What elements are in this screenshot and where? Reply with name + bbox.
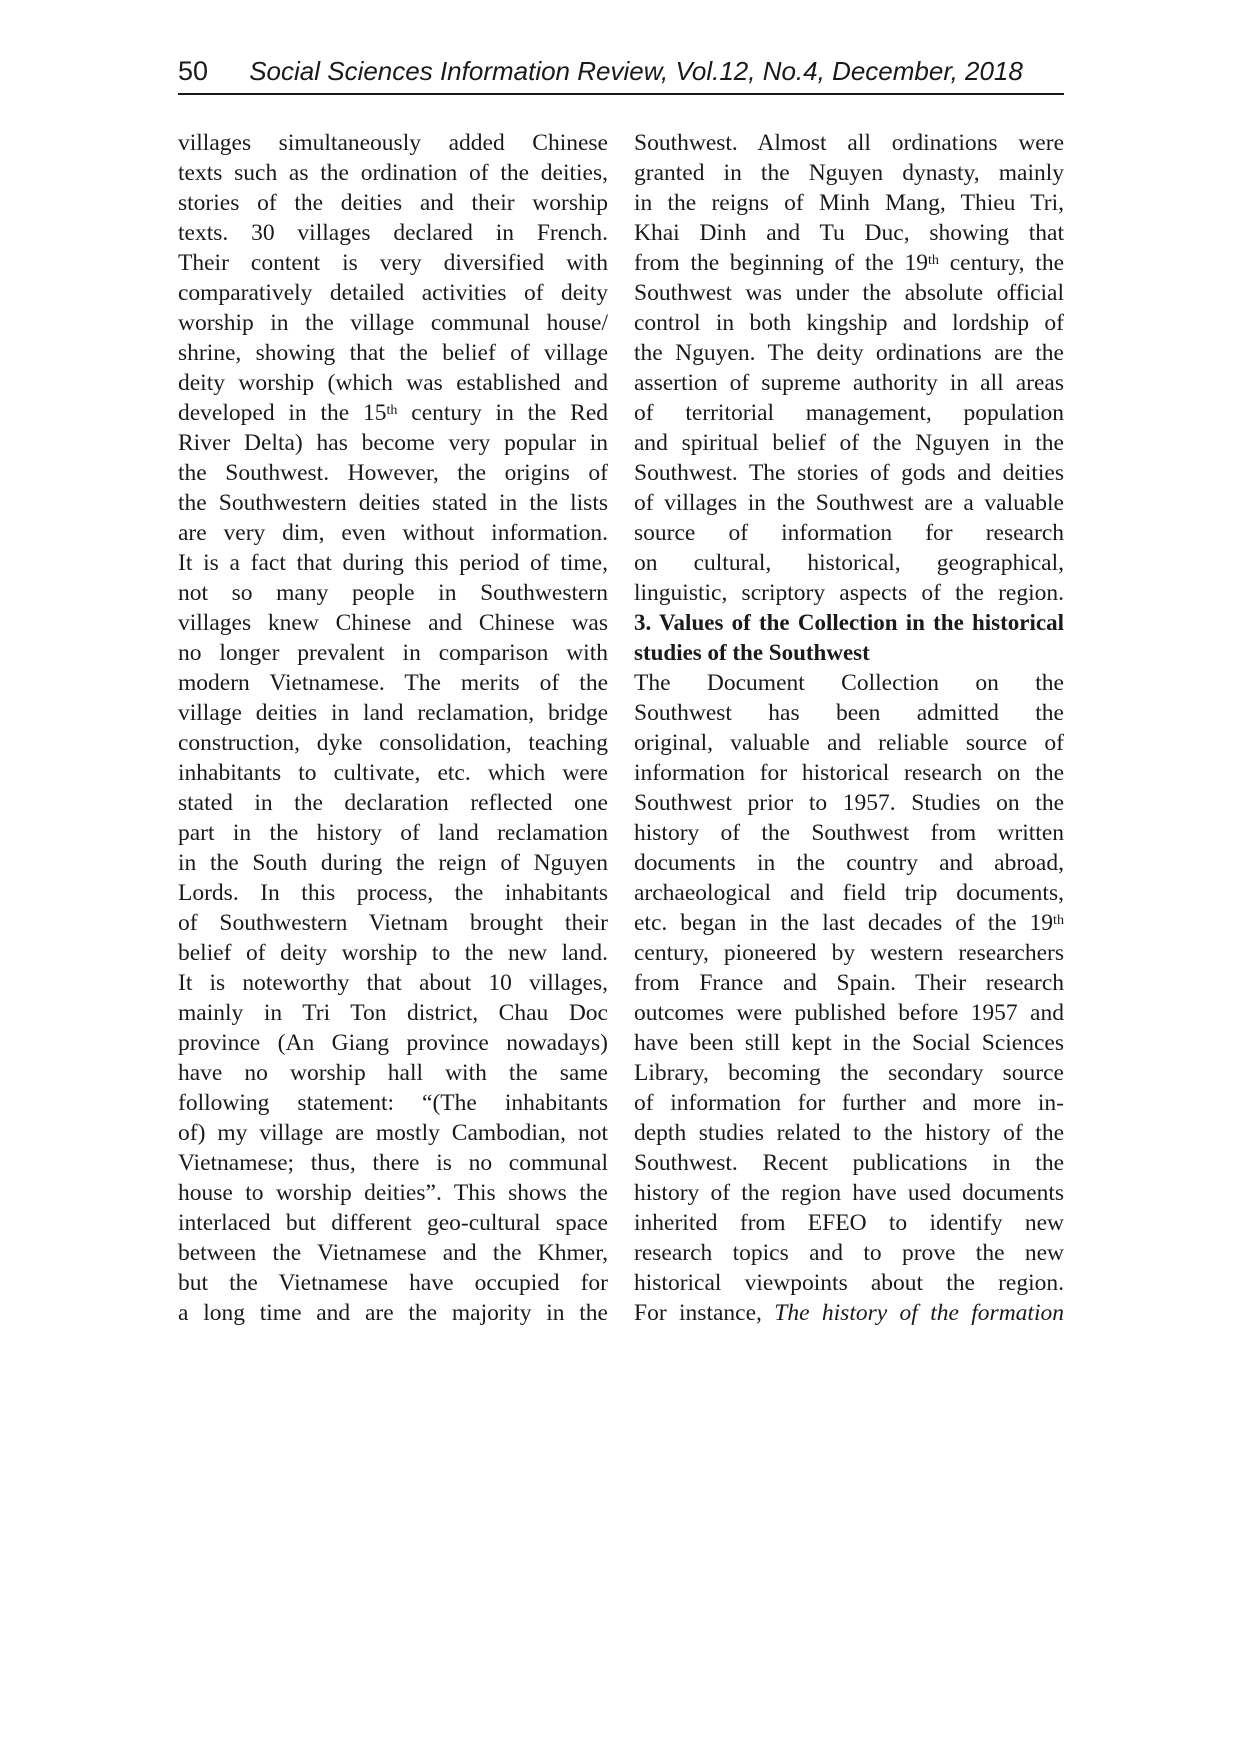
text-line: Southwest prior to 1957. Studies on the bbox=[634, 788, 1064, 818]
section-heading-line: 3. Values of the Collection in the histo… bbox=[634, 608, 1064, 638]
text-line: modern Vietnamese. The merits of the bbox=[178, 668, 608, 698]
text-line: Southwest. Almost all ordinations were bbox=[634, 128, 1064, 158]
text-line: villages simultaneously added Chinese bbox=[178, 128, 608, 158]
text-line: Southwest. The stories of gods and deiti… bbox=[634, 458, 1064, 488]
journal-page: 50 Social Sciences Information Review, V… bbox=[0, 0, 1240, 1754]
text-line: It is noteworthy that about 10 villages, bbox=[178, 968, 608, 998]
text-line: belief of deity worship to the new land. bbox=[178, 938, 608, 968]
text-line: Library, becoming the secondary source bbox=[634, 1058, 1064, 1088]
text-line: source of information for research bbox=[634, 518, 1064, 548]
text-line: worship in the village communal house/ bbox=[178, 308, 608, 338]
text-line: Khai Dinh and Tu Duc, showing that bbox=[634, 218, 1064, 248]
text-line: River Delta) has become very popular in bbox=[178, 428, 608, 458]
text-line: etc. began in the last decades of the 19… bbox=[634, 908, 1064, 938]
text-line: outcomes were published before 1957 and bbox=[634, 998, 1064, 1028]
text-line: For instance, The history of the formati… bbox=[634, 1298, 1064, 1328]
text-line: a long time and are the majority in the bbox=[178, 1298, 608, 1328]
text-line: of Southwestern Vietnam brought their bbox=[178, 908, 608, 938]
text-line: Their content is very diversified with bbox=[178, 248, 608, 278]
journal-title: Social Sciences Information Review, Vol.… bbox=[208, 56, 1064, 86]
text-line: information for historical research on t… bbox=[634, 758, 1064, 788]
page-number: 50 bbox=[178, 56, 208, 86]
text-line: from the beginning of the 19th century, … bbox=[634, 248, 1064, 278]
text-line: linguistic, scriptory aspects of the reg… bbox=[634, 578, 1064, 608]
text-line: century, pioneered by western researcher… bbox=[634, 938, 1064, 968]
text-line: original, valuable and reliable source o… bbox=[634, 728, 1064, 758]
text-line: Southwest was under the absolute officia… bbox=[634, 278, 1064, 308]
text-line: It is a fact that during this period of … bbox=[178, 548, 608, 578]
text-line: in the reigns of Minh Mang, Thieu Tri, bbox=[634, 188, 1064, 218]
text-line: granted in the Nguyen dynasty, mainly bbox=[634, 158, 1064, 188]
text-line: comparatively detailed activities of dei… bbox=[178, 278, 608, 308]
text-line: of territorial management, population bbox=[634, 398, 1064, 428]
text-line: stated in the declaration reflected one bbox=[178, 788, 608, 818]
text-line: The Document Collection on the bbox=[634, 668, 1064, 698]
text-line: between the Vietnamese and the Khmer, bbox=[178, 1238, 608, 1268]
text-line: history of the region have used document… bbox=[634, 1178, 1064, 1208]
text-line: part in the history of land reclamation bbox=[178, 818, 608, 848]
text-line: have no worship hall with the same bbox=[178, 1058, 608, 1088]
section-heading-line: studies of the Southwest bbox=[634, 638, 1064, 668]
text-line: Lords. In this process, the inhabitants bbox=[178, 878, 608, 908]
text-line: stories of the deities and their worship bbox=[178, 188, 608, 218]
text-line: no longer prevalent in comparison with bbox=[178, 638, 608, 668]
text-line: documents in the country and abroad, bbox=[634, 848, 1064, 878]
text-line: of information for further and more in- bbox=[634, 1088, 1064, 1118]
text-line: from France and Spain. Their research bbox=[634, 968, 1064, 998]
text-line: following statement: “(The inhabitants bbox=[178, 1088, 608, 1118]
text-line: of villages in the Southwest are a valua… bbox=[634, 488, 1064, 518]
column-left: villages simultaneously added Chinesetex… bbox=[178, 128, 608, 1328]
text-line: have been still kept in the Social Scien… bbox=[634, 1028, 1064, 1058]
text-line: depth studies related to the history of … bbox=[634, 1118, 1064, 1148]
text-line: of) my village are mostly Cambodian, not bbox=[178, 1118, 608, 1148]
text-line: Southwest has been admitted the bbox=[634, 698, 1064, 728]
text-line: and spiritual belief of the Nguyen in th… bbox=[634, 428, 1064, 458]
text-line: historical viewpoints about the region. bbox=[634, 1268, 1064, 1298]
text-line: the Southwestern deities stated in the l… bbox=[178, 488, 608, 518]
text-line: assertion of supreme authority in all ar… bbox=[634, 368, 1064, 398]
text-line: deity worship (which was established and bbox=[178, 368, 608, 398]
text-line: but the Vietnamese have occupied for bbox=[178, 1268, 608, 1298]
text-line: texts. 30 villages declared in French. bbox=[178, 218, 608, 248]
text-line: the Nguyen. The deity ordinations are th… bbox=[634, 338, 1064, 368]
text-line: control in both kingship and lordship of bbox=[634, 308, 1064, 338]
text-line: village deities in land reclamation, bri… bbox=[178, 698, 608, 728]
article-body: villages simultaneously added Chinesetex… bbox=[178, 128, 1064, 1328]
text-line: villages knew Chinese and Chinese was bbox=[178, 608, 608, 638]
text-line: research topics and to prove the new bbox=[634, 1238, 1064, 1268]
text-line: the Southwest. However, the origins of bbox=[178, 458, 608, 488]
text-line: in the South during the reign of Nguyen bbox=[178, 848, 608, 878]
text-line: shrine, showing that the belief of villa… bbox=[178, 338, 608, 368]
text-line: Vietnamese; thus, there is no communal bbox=[178, 1148, 608, 1178]
text-line: construction, dyke consolidation, teachi… bbox=[178, 728, 608, 758]
text-line: texts such as the ordination of the deit… bbox=[178, 158, 608, 188]
text-line: archaeological and field trip documents, bbox=[634, 878, 1064, 908]
text-line: are very dim, even without information. bbox=[178, 518, 608, 548]
column-right: Southwest. Almost all ordinations weregr… bbox=[634, 128, 1064, 1328]
page-header: 50 Social Sciences Information Review, V… bbox=[178, 56, 1064, 95]
text-line: inherited from EFEO to identify new bbox=[634, 1208, 1064, 1238]
text-line: history of the Southwest from written bbox=[634, 818, 1064, 848]
text-line: inhabitants to cultivate, etc. which wer… bbox=[178, 758, 608, 788]
text-line: province (An Giang province nowadays) bbox=[178, 1028, 608, 1058]
text-line: on cultural, historical, geographical, bbox=[634, 548, 1064, 578]
text-line: mainly in Tri Ton district, Chau Doc bbox=[178, 998, 608, 1028]
text-line: developed in the 15th century in the Red bbox=[178, 398, 608, 428]
text-line: interlaced but different geo-cultural sp… bbox=[178, 1208, 608, 1238]
text-line: house to worship deities”. This shows th… bbox=[178, 1178, 608, 1208]
text-line: not so many people in Southwestern bbox=[178, 578, 608, 608]
text-line: Southwest. Recent publications in the bbox=[634, 1148, 1064, 1178]
